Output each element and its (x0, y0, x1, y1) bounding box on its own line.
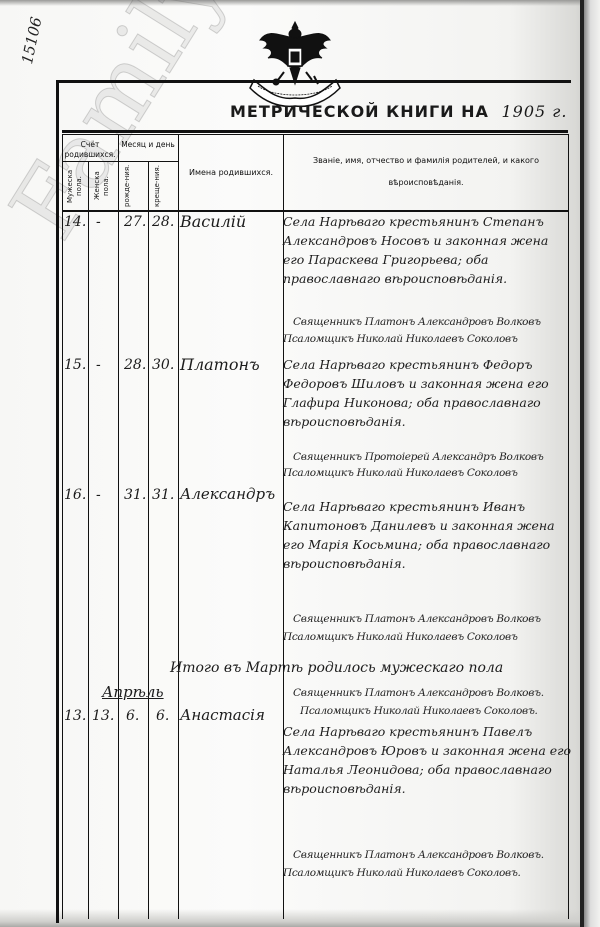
month-heading: Апрѣль (102, 683, 164, 701)
page-title: МЕТРИЧЕСКОЙ КНИГИ НА 1905 г. (230, 102, 567, 121)
male-number: 13. (64, 708, 86, 724)
male-number: 15. (64, 357, 86, 373)
header-female: Женска пола. (93, 164, 113, 208)
child-name: Василій (180, 212, 246, 231)
female-number: - (96, 357, 101, 373)
column-divider (118, 134, 119, 919)
birth-day: 28. (124, 357, 146, 373)
psalmist-note: Псаломщикъ Николай Николаевъ Соколовъ. (300, 704, 585, 719)
header-count-born: Счёт родившихся. (62, 140, 118, 160)
child-name: Платонъ (180, 355, 260, 374)
header-male: Мужеска пола. (66, 164, 86, 208)
parents-record: Села Нарѣваго крестьянинъ Павелъ Алексан… (283, 722, 573, 798)
header-birth: рожде-ния. (123, 164, 143, 208)
female-number: - (96, 214, 101, 230)
child-name: Александръ (180, 485, 275, 503)
priest-signature: Священникъ Протоіерей Александръ Волковъ (293, 450, 578, 465)
scan-edge-top (0, 0, 600, 6)
baptism-day: 31. (152, 487, 174, 503)
female-number: - (96, 487, 101, 503)
column-divider (148, 162, 149, 919)
header-parents: Званіе, имя, отчество и фамилія родителе… (290, 150, 562, 194)
psalmist-signature: Псаломщикъ Николай Николаевъ Соколовъ (283, 630, 568, 645)
summary-priest-signature: Священникъ Платонъ Александровъ Волковъ. (293, 686, 578, 701)
birth-day: 31. (124, 487, 146, 503)
psalmist-signature: Псаломщикъ Николай Николаевъ Соколовъ (283, 332, 568, 347)
priest-signature: Священникъ Платонъ Александровъ Волковъ (293, 612, 578, 627)
birth-day: 6. (126, 708, 139, 724)
column-divider (88, 162, 89, 919)
priest-signature: Священникъ Платонъ Александровъ Волковъ. (293, 848, 578, 863)
column-divider (62, 134, 63, 919)
baptism-day: 30. (152, 357, 174, 373)
header-month-day: Месяц и день (118, 140, 178, 150)
priest-signature: Священникъ Платонъ Александровъ Волковъ (293, 315, 578, 330)
parents-record: Села Нарѣваго крестьянинъ Иванъ Капитоно… (283, 497, 573, 573)
male-number: 14. (64, 214, 86, 230)
baptism-day: 6. (156, 708, 169, 724)
book-binding-shadow (584, 0, 600, 927)
psalmist-signature: Псаломщикъ Николай Николаевъ Соколовъ (283, 466, 568, 481)
male-number: 16. (64, 487, 86, 503)
header-baptism: креще-ния. (153, 164, 173, 208)
female-number: 13. (92, 708, 114, 724)
subheader-rule (62, 161, 178, 162)
header-names: Имена родившихся. (180, 168, 282, 178)
parents-record: Села Нарѣваго крестьянинъ Федоръ Федоров… (283, 355, 573, 431)
child-name: Анастасія (180, 706, 265, 724)
baptism-day: 28. (152, 214, 174, 230)
column-divider (178, 134, 179, 919)
header-top-rule (62, 130, 568, 133)
psalmist-signature: Псаломщикъ Николай Николаевъ Соколовъ. (283, 866, 568, 881)
header-top-rule-thin (62, 134, 568, 135)
birth-day: 27. (124, 214, 146, 230)
parents-record: Села Нарѣваго крестьянинъ Степанъ Алекса… (283, 212, 573, 288)
title-text: МЕТРИЧЕСКОЙ КНИГИ НА (230, 102, 489, 121)
title-year: 1905 г. (502, 102, 568, 121)
month-summary: Итого въ Мартѣ родилось мужескаго пола (170, 660, 503, 676)
